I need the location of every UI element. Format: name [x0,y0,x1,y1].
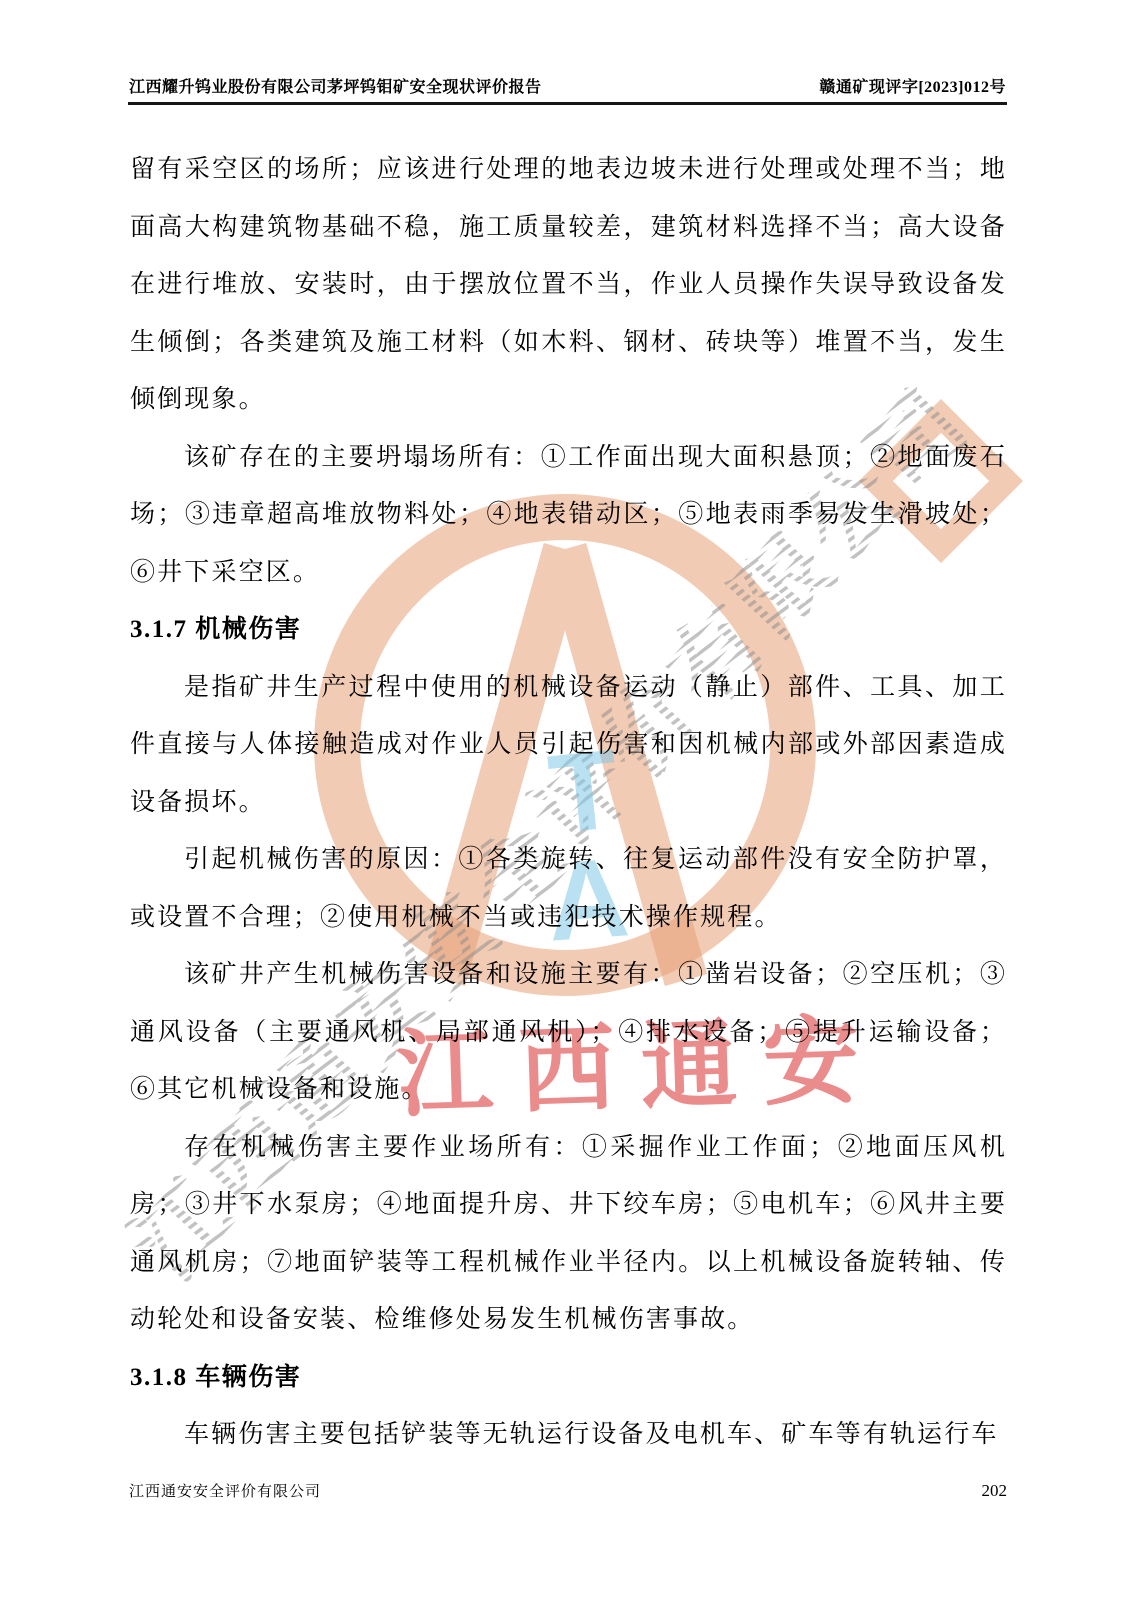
report-page: 江西通安安全评价有限公司 T A 江西通安 江西耀升钨业股份有限公司茅坪钨钼矿安… [0,0,1131,1600]
body-text: 留有采空区的场所；应该进行处理的地表边坡未进行处理或处理不当；地面高大构建筑物基… [130,141,1007,1464]
page-header: 江西耀升钨业股份有限公司茅坪钨钼矿安全现状评价报告 赣通矿现评字[2023]01… [129,74,1006,97]
footer-page-number: 202 [982,1481,1008,1501]
paragraph-mechanical-definition: 是指矿井生产过程中使用的机械设备运动（静止）部件、工具、加工件直接与人体接触造成… [130,659,1007,832]
header-doc-number: 赣通矿现评字[2023]012号 [819,74,1006,97]
header-report-title: 江西耀升钨业股份有限公司茅坪钨钼矿安全现状评价报告 [129,74,542,97]
section-heading-3-1-7: 3.1.7 机械伤害 [130,601,1007,659]
paragraph-collapse-sites: 该矿存在的主要坍塌场所有：①工作面出现大面积悬顶；②地面废石场；③违章超高堆放物… [130,429,1007,602]
paragraph-mechanical-equipment: 该矿井产生机械伤害设备和设施主要有：①凿岩设备；②空压机；③通风设备（主要通风机… [130,946,1007,1119]
footer-company-name: 江西通安安全评价有限公司 [129,1480,321,1501]
section-heading-3-1-8: 3.1.8 车辆伤害 [130,1349,1007,1407]
paragraph-continuation: 留有采空区的场所；应该进行处理的地表边坡未进行处理或处理不当；地面高大构建筑物基… [130,141,1007,429]
paragraph-mechanical-causes: 引起机械伤害的原因：①各类旋转、往复运动部件没有安全防护罩，或设置不合理；②使用… [130,831,1007,946]
paragraph-mechanical-locations: 存在机械伤害主要作业场所有：①采掘作业工作面；②地面压风机房；③井下水泵房；④地… [130,1119,1007,1349]
header-rule [128,102,1007,105]
paragraph-vehicle-intro: 车辆伤害主要包括铲装等无轨运行设备及电机车、矿车等有轨运行车 [130,1406,1007,1464]
page-footer: 江西通安安全评价有限公司 202 [129,1480,1007,1501]
